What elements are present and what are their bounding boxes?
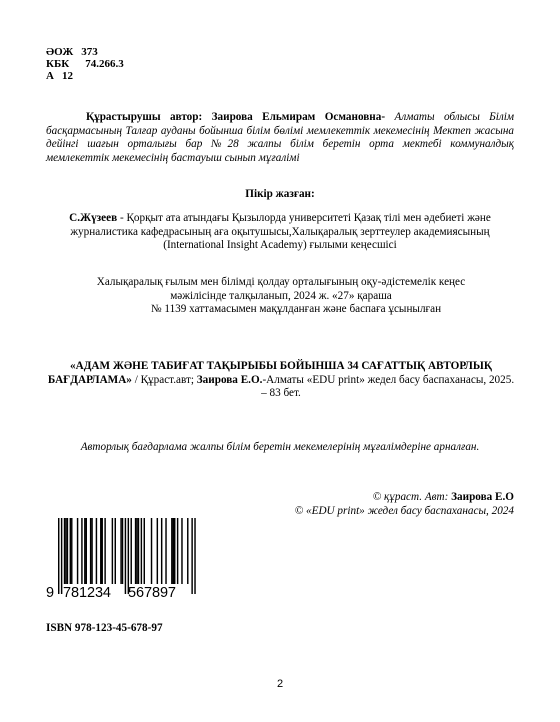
barcode-digits-left: 781234 <box>63 585 111 600</box>
isbn: ISBN 978-123-45-678-97 <box>46 622 163 636</box>
reviewer-block: С.Жүзеев - Қорқыт ата атындағы Қызылорда… <box>50 212 510 253</box>
barcode-icon: 9 781234 567897 <box>46 518 200 600</box>
purpose-note: Авторлық бағдарлама жалпы білім беретін … <box>0 441 560 455</box>
approval-line-1: Халықаралық ғылым мен білімді қолдау орт… <box>46 276 516 303</box>
author-role: Құрастырушы автор: <box>86 111 202 123</box>
barcode-digits-right: 567897 <box>128 585 176 600</box>
copyright-author: © құраст. Авт: Заирова Е.О <box>260 491 514 505</box>
publisher-info: -Алматы «EDU print» жедел басу баспахана… <box>261 374 514 400</box>
author-mark-line: А12 <box>46 70 124 82</box>
copyright-publisher: © «EDU print» жедел басу баспаханасы, 20… <box>260 505 514 519</box>
author-block: Құрастырушы автор: Заирова Ельмирам Осма… <box>46 111 514 165</box>
udc-line: ӘОЖ373 <box>46 46 124 58</box>
classification-codes: ӘОЖ373 КБК74.266.3 А12 <box>46 46 124 82</box>
approval-line-2: № 1139 хаттамасымен мақұлданған және бас… <box>46 303 516 317</box>
reviewer-description: - Қорқыт ата атындағы Қызылорда универси… <box>70 212 491 251</box>
approval-block: Халықаралық ғылым мен білімді қолдау орт… <box>46 276 516 317</box>
lbc-line: КБК74.266.3 <box>46 58 124 70</box>
reviewer-name: С.Жүзеев <box>69 212 117 224</box>
bibliographic-record: «АДАМ ЖӘНЕ ТАБИҒАТ ТАҚЫРЫБЫ БОЙЫНША 34 С… <box>44 360 518 401</box>
review-title: Пікір жазған: <box>0 188 560 202</box>
author-name: Заирова Ельмирам Османовна- <box>212 111 385 123</box>
compiler-name: Заирова Е.О. <box>197 374 263 386</box>
compiler-label: / Құраст.авт; <box>132 374 197 386</box>
barcode-digit-first: 9 <box>46 585 54 600</box>
copyright-block: © құраст. Авт: Заирова Е.О © «EDU print»… <box>260 491 514 518</box>
page-number: 2 <box>0 678 560 692</box>
